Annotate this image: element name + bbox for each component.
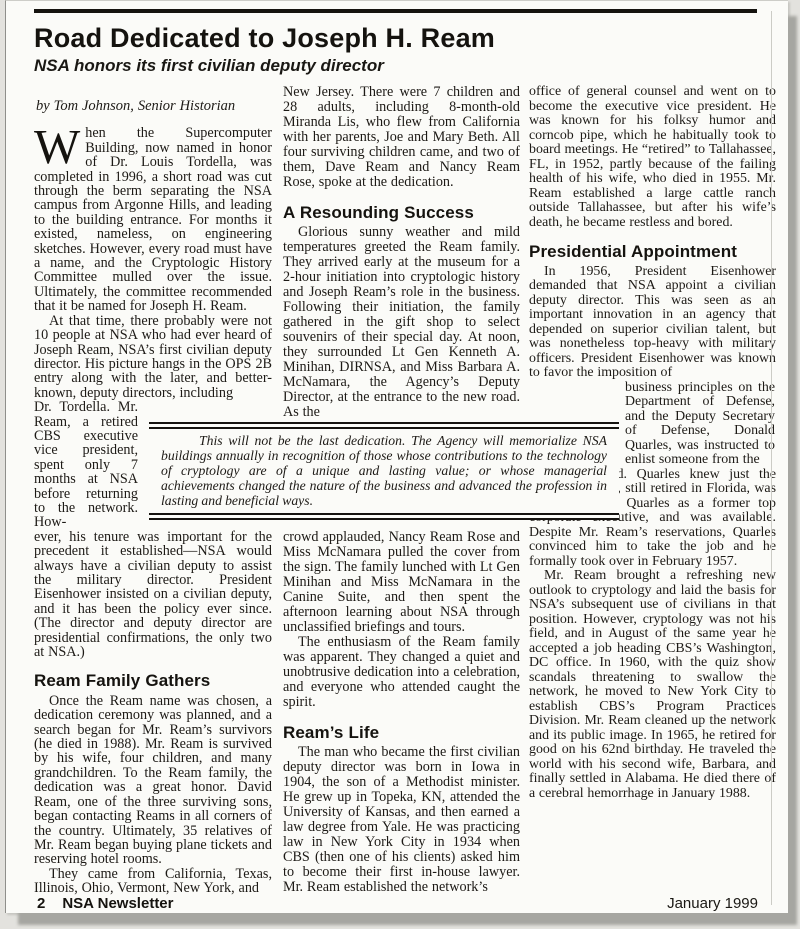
section-heading-reams-life: Ream’s Life: [283, 725, 520, 740]
col2-para-1: New Jersey. There were 7 children and 28…: [283, 85, 520, 190]
article-title: Road Dedicated to Joseph H. Ream: [34, 23, 734, 54]
footer-publication: NSA Newsletter: [62, 895, 173, 912]
col1-para-3: Once the Ream name was chosen, a dedicat…: [34, 694, 272, 867]
col3-para-1: office of general counsel and went on to…: [529, 85, 776, 230]
scan-artifact-line: [771, 11, 772, 905]
pull-quote: This will not be the last dedication. Th…: [149, 422, 619, 520]
col2-para-4: The enthusiasm of the Ream family was ap…: [283, 635, 520, 710]
col2-para-5: The man who became the first civilian de…: [283, 745, 520, 895]
col3-para-2-narrow-wrap: business principles on the Department of…: [625, 381, 775, 468]
col1-para-2: At that time, there probably were not 10…: [34, 314, 272, 400]
section-heading-a-resounding-success: A Resounding Success: [283, 205, 520, 220]
top-rule: [34, 9, 757, 13]
col1-para-4: They came from California, Texas, Illino…: [34, 867, 272, 896]
col1-para-dropcap: When the Supercomputer Building, now nam…: [34, 126, 272, 313]
newsletter-page: Road Dedicated to Joseph H. Ream NSA hon…: [5, 0, 788, 913]
col1-para-2-continued: ever, his tenure was important for the p…: [34, 530, 272, 660]
pull-quote-text: This will not be the last dedication. Th…: [161, 433, 607, 508]
section-heading-ream-family-gathers: Ream Family Gathers: [34, 674, 272, 688]
col3-para-3: Mr. Ream brought a refreshing new outloo…: [529, 569, 776, 801]
footer-page-number: 2: [37, 895, 45, 912]
col1-para-2-narrow-wrap: Dr. Tordella. Mr. Ream, a retired CBS ex…: [34, 400, 138, 530]
section-heading-presidential-appointment: Presidential Appointment: [529, 245, 776, 260]
footer-date: January 1999: [667, 895, 758, 912]
footer-left: 2NSA Newsletter: [37, 895, 174, 912]
byline: by Tom Johnson, Senior Historian: [36, 99, 272, 113]
article-subtitle: NSA honors its first civilian deputy dir…: [34, 56, 634, 76]
col2-para-3: crowd applauded, Nancy Ream Rose and Mis…: [283, 530, 520, 635]
col3-para-2: In 1956, President Eisenhower demanded t…: [529, 265, 776, 381]
drop-cap: W: [34, 126, 85, 165]
col2-para-2: Glorious sunny weather and mild temperat…: [283, 225, 520, 420]
